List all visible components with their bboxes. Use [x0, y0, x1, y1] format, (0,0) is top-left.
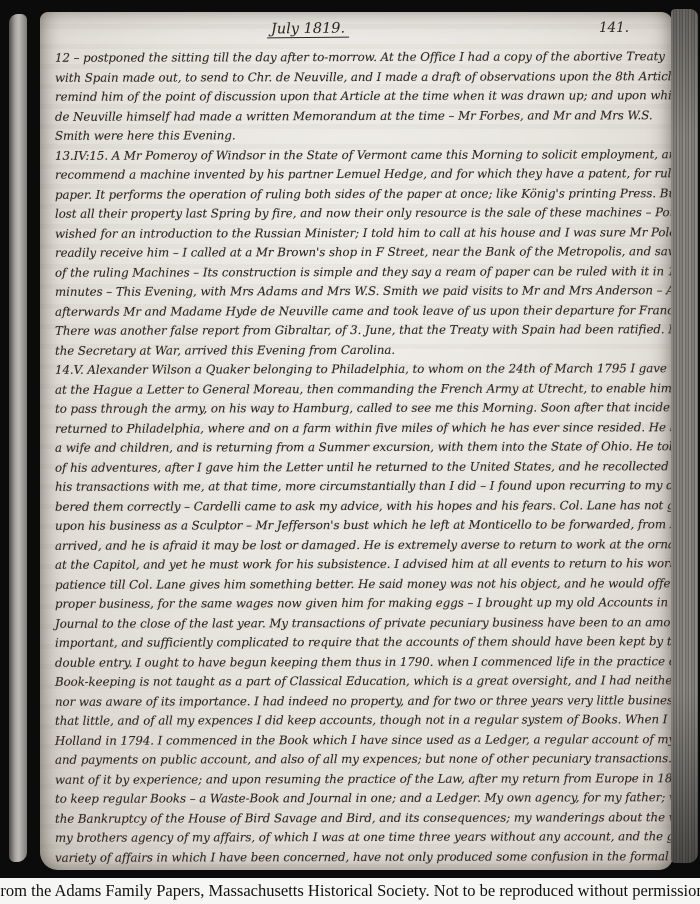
manuscript-line: returned to Philadelphia, where and on a… — [55, 418, 663, 439]
manuscript-line: at the Capitol, and yet he must work for… — [55, 554, 663, 575]
manuscript-line: to pass through the army, on his way to … — [55, 398, 663, 419]
caption-text: From the Adams Family Papers, Massachuse… — [0, 881, 700, 901]
page-header: July 1819. 141. — [40, 12, 673, 46]
manuscript-line: nor was aware of its importance. I had i… — [55, 691, 663, 712]
manuscript-line: 14.V. Alexander Wilson a Quaker belongin… — [55, 359, 663, 380]
manuscript-line: 12 – postponed the sitting till the day … — [55, 47, 663, 68]
manuscript-line: the Bankruptcy of the House of Bird Sava… — [55, 808, 663, 829]
manuscript-line: want of it by experience; and upon resum… — [55, 769, 663, 790]
manuscript-line: bered them correctly – Cardelli came to … — [55, 496, 663, 517]
manuscript-line: readily receive him – I called at a Mr B… — [55, 242, 663, 263]
manuscript-line: recommend a machine invented by his part… — [55, 164, 663, 185]
manuscript-line: that little, and of all my expences I di… — [55, 710, 663, 731]
book-gutter-edge — [9, 14, 27, 862]
manuscript-line: de Neuville himself had made a written M… — [55, 106, 663, 127]
manuscript-line: Book-keeping is not taught as a part of … — [55, 671, 663, 692]
manuscript-line: There was another false report from Gibr… — [55, 320, 663, 341]
manuscript-line: wished for an introduction to the Russia… — [55, 223, 663, 244]
manuscript-line: and payments on public account, and also… — [55, 749, 663, 770]
page-header-date: July 1819. — [267, 21, 349, 39]
book-fore-edge — [671, 9, 698, 863]
caption-bar: From the Adams Family Papers, Massachuse… — [0, 878, 700, 904]
manuscript-line: my brothers agency of my affairs, of whi… — [55, 827, 663, 848]
page-number: 141. — [599, 20, 629, 36]
manuscript-line: at the Hague a Letter to General Moreau,… — [55, 379, 663, 400]
manuscript-line: Smith were here this Evening. — [55, 125, 663, 146]
manuscript-line: minutes – This Evening, with Mrs Adams a… — [55, 281, 663, 302]
manuscript-line: 13.IV:15. A Mr Pomeroy of Windsor in the… — [55, 145, 663, 166]
manuscript-line: of the ruling Machines – Its constructio… — [55, 262, 663, 283]
manuscript-line: arrived, and he is afraid it may be lost… — [55, 535, 663, 556]
manuscript-line: his transactions with me, at that time, … — [55, 476, 663, 497]
manuscript-photo: July 1819. 141. 12 – postponed the sitti… — [0, 0, 700, 904]
manuscript-line: double entry. I ought to have begun keep… — [55, 652, 663, 673]
manuscript-line: upon his business as a Sculptor – Mr Jef… — [55, 515, 663, 536]
manuscript-line: proper business, for the same wages now … — [55, 593, 663, 614]
diary-page: July 1819. 141. 12 – postponed the sitti… — [40, 12, 673, 870]
manuscript-line: important, and sufficiently complicated … — [55, 632, 663, 653]
manuscript-line: with Spain made out, to send to Chr. de … — [55, 67, 663, 88]
manuscript-line: lost all their property last Spring by f… — [55, 203, 663, 224]
manuscript-line: patience till Col. Lane gives him someth… — [55, 574, 663, 595]
manuscript-line: to keep regular Books – a Waste-Book and… — [55, 788, 663, 809]
manuscript-line: the Secretary at War, arrived this Eveni… — [55, 340, 663, 361]
manuscript-line: Holland in 1794. I commenced in the Book… — [55, 730, 663, 751]
manuscript-line: paper. It performs the operation of ruli… — [55, 184, 663, 205]
manuscript-line: remind him of the point of discussion up… — [55, 86, 663, 107]
manuscript-line: variety of affairs in which I have been … — [55, 847, 663, 868]
manuscript-line: of his adventures, after I gave him the … — [55, 457, 663, 478]
manuscript-line: a wife and children, and is returning fr… — [55, 437, 663, 458]
manuscript-line: afterwards Mr and Madame Hyde de Neuvill… — [55, 301, 663, 322]
manuscript-text: 12 – postponed the sitting till the day … — [40, 46, 673, 867]
manuscript-line: Journal to the close of the last year. M… — [55, 613, 663, 634]
